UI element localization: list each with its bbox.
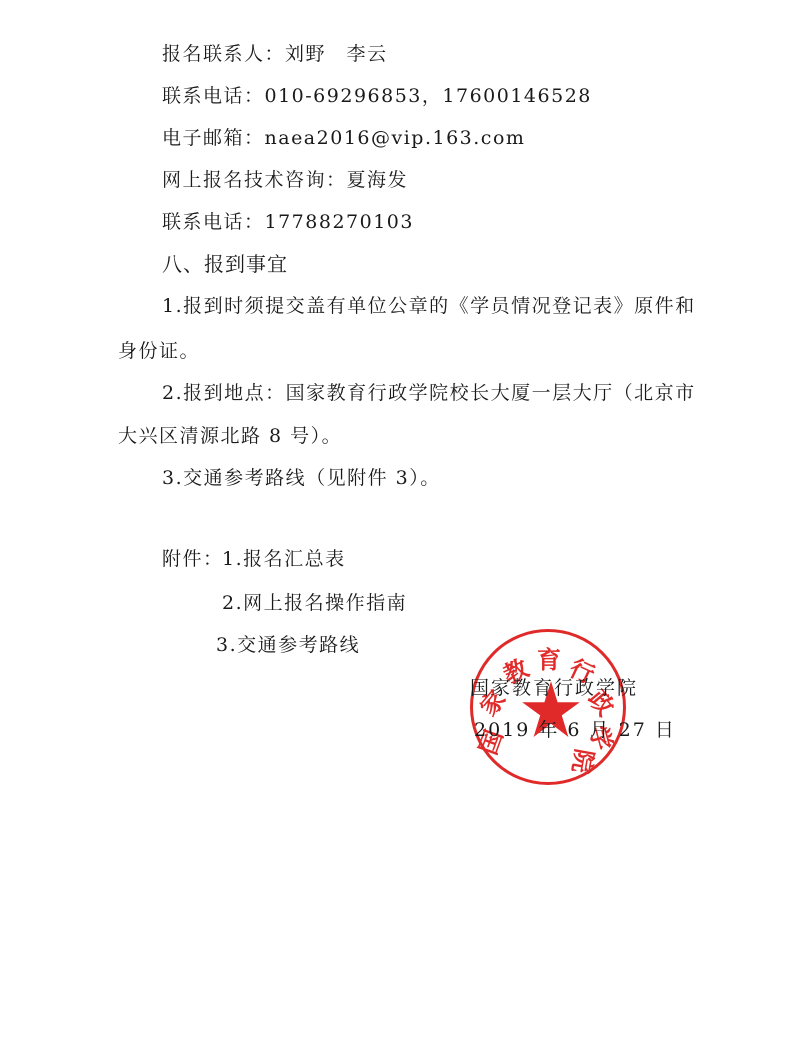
item-1-line-2: 身份证。 <box>118 339 200 363</box>
item-2-line-2: 大兴区清源北路 8 号）。 <box>118 424 342 448</box>
contact-phone: 联系电话：010-69296853，17600146528 <box>162 84 592 108</box>
seal-char: 育 <box>537 640 561 675</box>
item-2-line-1: 2.报到地点：国家教育行政学院校长大厦一层大厅（北京市 <box>162 381 696 405</box>
seal-char: 院 <box>566 747 605 777</box>
attachment-3: 3.交通参考路线 <box>216 633 360 657</box>
registration-contacts: 报名联系人：刘野 李云 <box>162 42 388 66</box>
section-heading: 八、报到事宜 <box>162 252 288 276</box>
attachment-2: 2.网上报名操作指南 <box>222 591 407 615</box>
item-3-line-1: 3.交通参考路线（见附件 3）。 <box>162 466 441 490</box>
official-seal: 国 家 教 育 行 政 学 院 <box>470 629 626 785</box>
signature-date: 2019 年 6 月 27 日 <box>474 715 676 742</box>
signature-organization: 国家教育行政学院 <box>470 673 638 700</box>
item-1-line-1: 1.报到时须提交盖有单位公章的《学员情况登记表》原件和 <box>162 294 696 318</box>
attachment-1: 1.报名汇总表 <box>222 547 346 571</box>
tech-support-phone: 联系电话：17788270103 <box>162 210 414 234</box>
tech-support-contact: 网上报名技术咨询：夏海发 <box>162 168 408 192</box>
attachments-label: 附件： <box>162 547 224 571</box>
contact-email: 电子邮箱：naea2016@vip.163.com <box>162 126 525 150</box>
